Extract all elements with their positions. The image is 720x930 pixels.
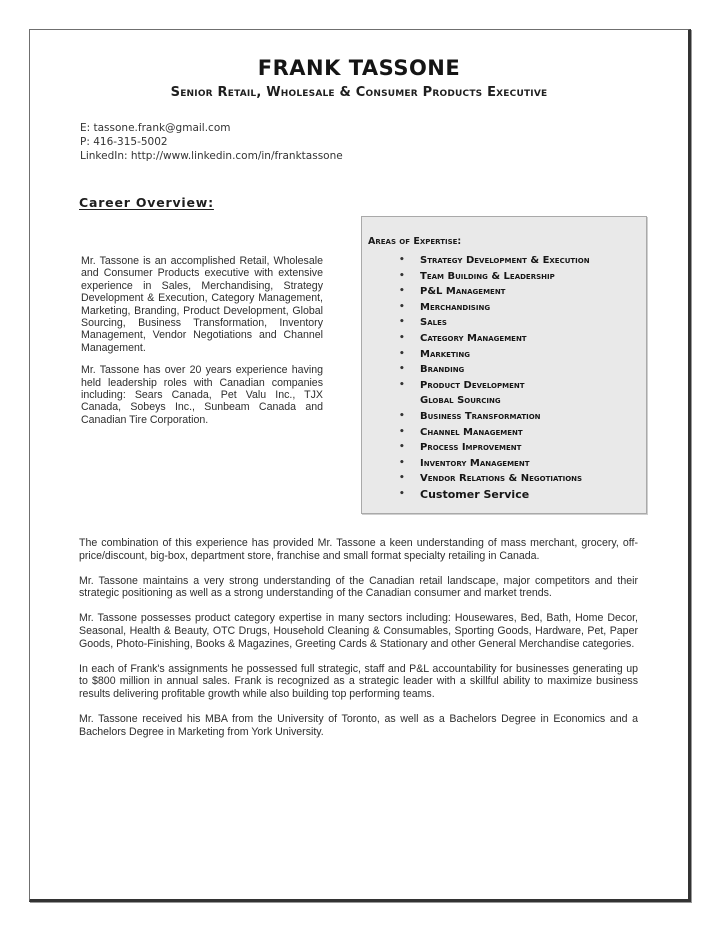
expertise-item-label: Inventory Management bbox=[420, 458, 529, 469]
body-paragraph: Mr. Tassone possesses product category e… bbox=[79, 612, 638, 650]
expertise-item: •Branding bbox=[362, 362, 590, 378]
career-overview-heading: Career Overview: bbox=[79, 195, 214, 210]
summary-body: The combination of this experience has p… bbox=[79, 537, 638, 751]
expertise-item: •Sales bbox=[362, 315, 590, 331]
expertise-item: •Vendor Relations & Negotiations bbox=[362, 471, 590, 487]
bullet-icon: • bbox=[399, 471, 405, 487]
expertise-list: •Strategy Development & Execution•Team B… bbox=[362, 253, 590, 503]
expertise-item-label: Channel Management bbox=[420, 427, 523, 438]
expertise-item-label: Product Development bbox=[420, 380, 525, 391]
bullet-icon: • bbox=[399, 440, 405, 456]
expertise-item: •Team Building & Leadership bbox=[362, 269, 590, 285]
expertise-item: •Strategy Development & Execution bbox=[362, 253, 590, 269]
candidate-headline: Senior Retail, Wholesale & Consumer Prod… bbox=[30, 85, 688, 100]
body-paragraph: Mr. Tassone received his MBA from the Un… bbox=[79, 713, 638, 739]
bullet-icon: • bbox=[399, 331, 405, 347]
body-paragraph: In each of Frank's assignments he posses… bbox=[79, 663, 638, 701]
areas-of-expertise-box: Areas of Expertise: •Strategy Developmen… bbox=[361, 216, 647, 514]
bullet-icon: • bbox=[399, 487, 405, 503]
bullet-icon: • bbox=[399, 253, 405, 269]
bullet-icon: • bbox=[399, 284, 405, 300]
expertise-item-label: Category Management bbox=[420, 333, 527, 344]
bullet-icon: • bbox=[399, 300, 405, 316]
expertise-item-label: Sales bbox=[420, 317, 447, 328]
expertise-item: •Channel Management bbox=[362, 425, 590, 441]
bullet-icon: • bbox=[399, 269, 405, 285]
bullet-icon: • bbox=[399, 378, 405, 394]
expertise-item: •Product Development bbox=[362, 378, 590, 394]
overview-paragraph: Mr. Tassone is an accomplished Retail, W… bbox=[81, 255, 323, 354]
expertise-item-label: Vendor Relations & Negotiations bbox=[420, 473, 582, 484]
expertise-item-label: Process Improvement bbox=[420, 442, 521, 453]
expertise-item-label: Strategy Development & Execution bbox=[420, 255, 590, 266]
expertise-item: •Category Management bbox=[362, 331, 590, 347]
contact-block: E: tassone.frank@gmail.com P: 416-315-50… bbox=[80, 121, 343, 163]
bullet-icon: • bbox=[399, 456, 405, 472]
expertise-item: •Customer Service bbox=[362, 487, 590, 503]
expertise-item-label: Global Sourcing bbox=[420, 395, 501, 406]
body-paragraph: The combination of this experience has p… bbox=[79, 537, 638, 563]
expertise-item: •Inventory Management bbox=[362, 456, 590, 472]
body-paragraph: Mr. Tassone maintains a very strong unde… bbox=[79, 575, 638, 601]
expertise-item-label: Business Transformation bbox=[420, 411, 541, 422]
contact-phone: P: 416-315-5002 bbox=[80, 135, 343, 149]
expertise-item-label: Branding bbox=[420, 364, 464, 375]
resume-page: FRANK TASSONE Senior Retail, Wholesale &… bbox=[29, 29, 691, 902]
expertise-item: •Merchandising bbox=[362, 300, 590, 316]
expertise-item-label: P&L Management bbox=[420, 286, 505, 297]
expertise-item: •Business Transformation bbox=[362, 409, 590, 425]
bullet-icon: • bbox=[399, 347, 405, 363]
expertise-item-label: Team Building & Leadership bbox=[420, 271, 555, 282]
candidate-name: FRANK TASSONE bbox=[30, 56, 688, 80]
contact-email[interactable]: E: tassone.frank@gmail.com bbox=[80, 121, 343, 135]
expertise-heading: Areas of Expertise: bbox=[368, 236, 461, 247]
bullet-icon: • bbox=[399, 362, 405, 378]
expertise-item: Global Sourcing bbox=[362, 393, 590, 409]
career-overview-text: Mr. Tassone is an accomplished Retail, W… bbox=[81, 255, 323, 436]
expertise-item: •P&L Management bbox=[362, 284, 590, 300]
bullet-icon: • bbox=[399, 409, 405, 425]
expertise-item-label: Customer Service bbox=[420, 488, 529, 501]
expertise-item-label: Marketing bbox=[420, 349, 470, 360]
overview-paragraph: Mr. Tassone has over 20 years experience… bbox=[81, 364, 323, 426]
bullet-icon: • bbox=[399, 315, 405, 331]
contact-linkedin[interactable]: LinkedIn: http://www.linkedin.com/in/fra… bbox=[80, 149, 343, 163]
expertise-item-label: Merchandising bbox=[420, 302, 490, 313]
expertise-item: •Process Improvement bbox=[362, 440, 590, 456]
bullet-icon: • bbox=[399, 425, 405, 441]
expertise-item: •Marketing bbox=[362, 347, 590, 363]
